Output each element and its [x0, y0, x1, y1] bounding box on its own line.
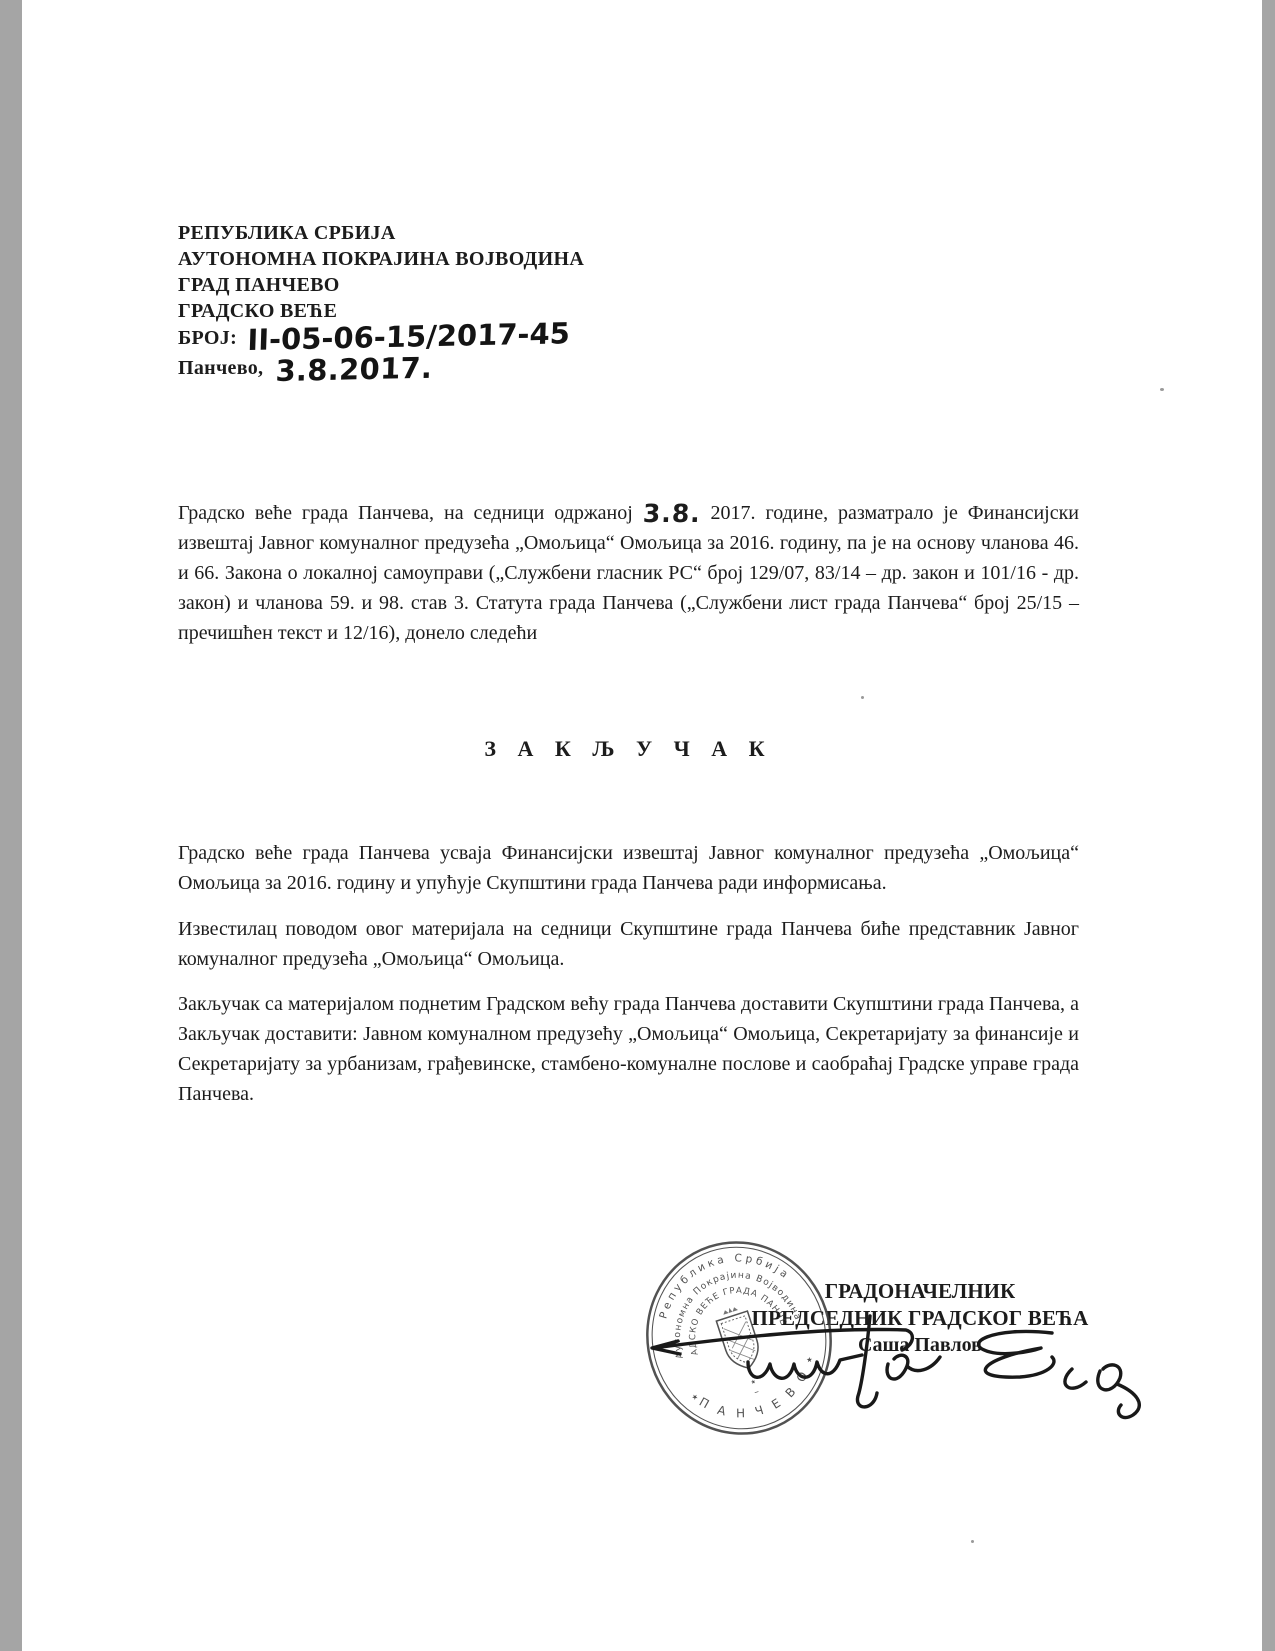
scan-speck	[1160, 388, 1164, 391]
place-date-row: Панчево, 3.8.2017.	[178, 355, 584, 387]
scan-speck	[861, 696, 864, 699]
paragraph-distribution: Закључак са материјалом поднетим Градско…	[178, 989, 1079, 1109]
scan-edge-artifact-right	[1262, 0, 1275, 1651]
paragraph-rapporteur: Известилац поводом овог материјала на се…	[178, 914, 1079, 974]
signature-flourish-e	[979, 1331, 1054, 1377]
signature-flourish-o-tail	[1098, 1365, 1140, 1418]
preamble-before-date: Градско веће града Панчева, на седници о…	[178, 502, 633, 524]
signature-scribble-ov	[887, 1355, 940, 1379]
signature-flourish-c	[1065, 1369, 1086, 1388]
place-label: Панчево,	[178, 355, 263, 381]
document-title: З А К Љ У Ч А К	[178, 736, 1079, 762]
paragraph-preamble: Градско веће града Панчева, на седници о…	[178, 498, 1079, 648]
paragraph-decision: Градско веће града Панчева усваја Финанс…	[178, 838, 1079, 898]
scanned-document-page: РЕПУБЛИКА СРБИЈА АУТОНОМНА ПОКРАЈИНА ВОЈ…	[0, 0, 1275, 1651]
letterhead-line-province: АУТОНОМНА ПОКРАЈИНА ВОЈВОДИНА	[178, 246, 584, 272]
handwritten-signature	[600, 1300, 1160, 1450]
letterhead-line-city: ГРАД ПАНЧЕВО	[178, 272, 584, 298]
document-number-row: БРОЈ: II-05-06-15/2017-45	[178, 325, 584, 355]
scan-speck	[971, 1540, 974, 1543]
signature-scribble-left	[748, 1355, 862, 1378]
letterhead-line-republic: РЕПУБЛИКА СРБИЈА	[178, 220, 584, 246]
scan-edge-artifact-left	[0, 0, 22, 1651]
letterhead: РЕПУБЛИКА СРБИЈА АУТОНОМНА ПОКРАЈИНА ВОЈ…	[178, 220, 584, 387]
document-number-label: БРОЈ:	[178, 325, 237, 351]
session-date-handwritten: 3.8.	[642, 501, 701, 526]
signature-flourish-line	[652, 1329, 912, 1354]
date-handwritten: 3.8.2017.	[275, 352, 433, 387]
document-number-handwritten: II-05-06-15/2017-45	[247, 318, 570, 355]
